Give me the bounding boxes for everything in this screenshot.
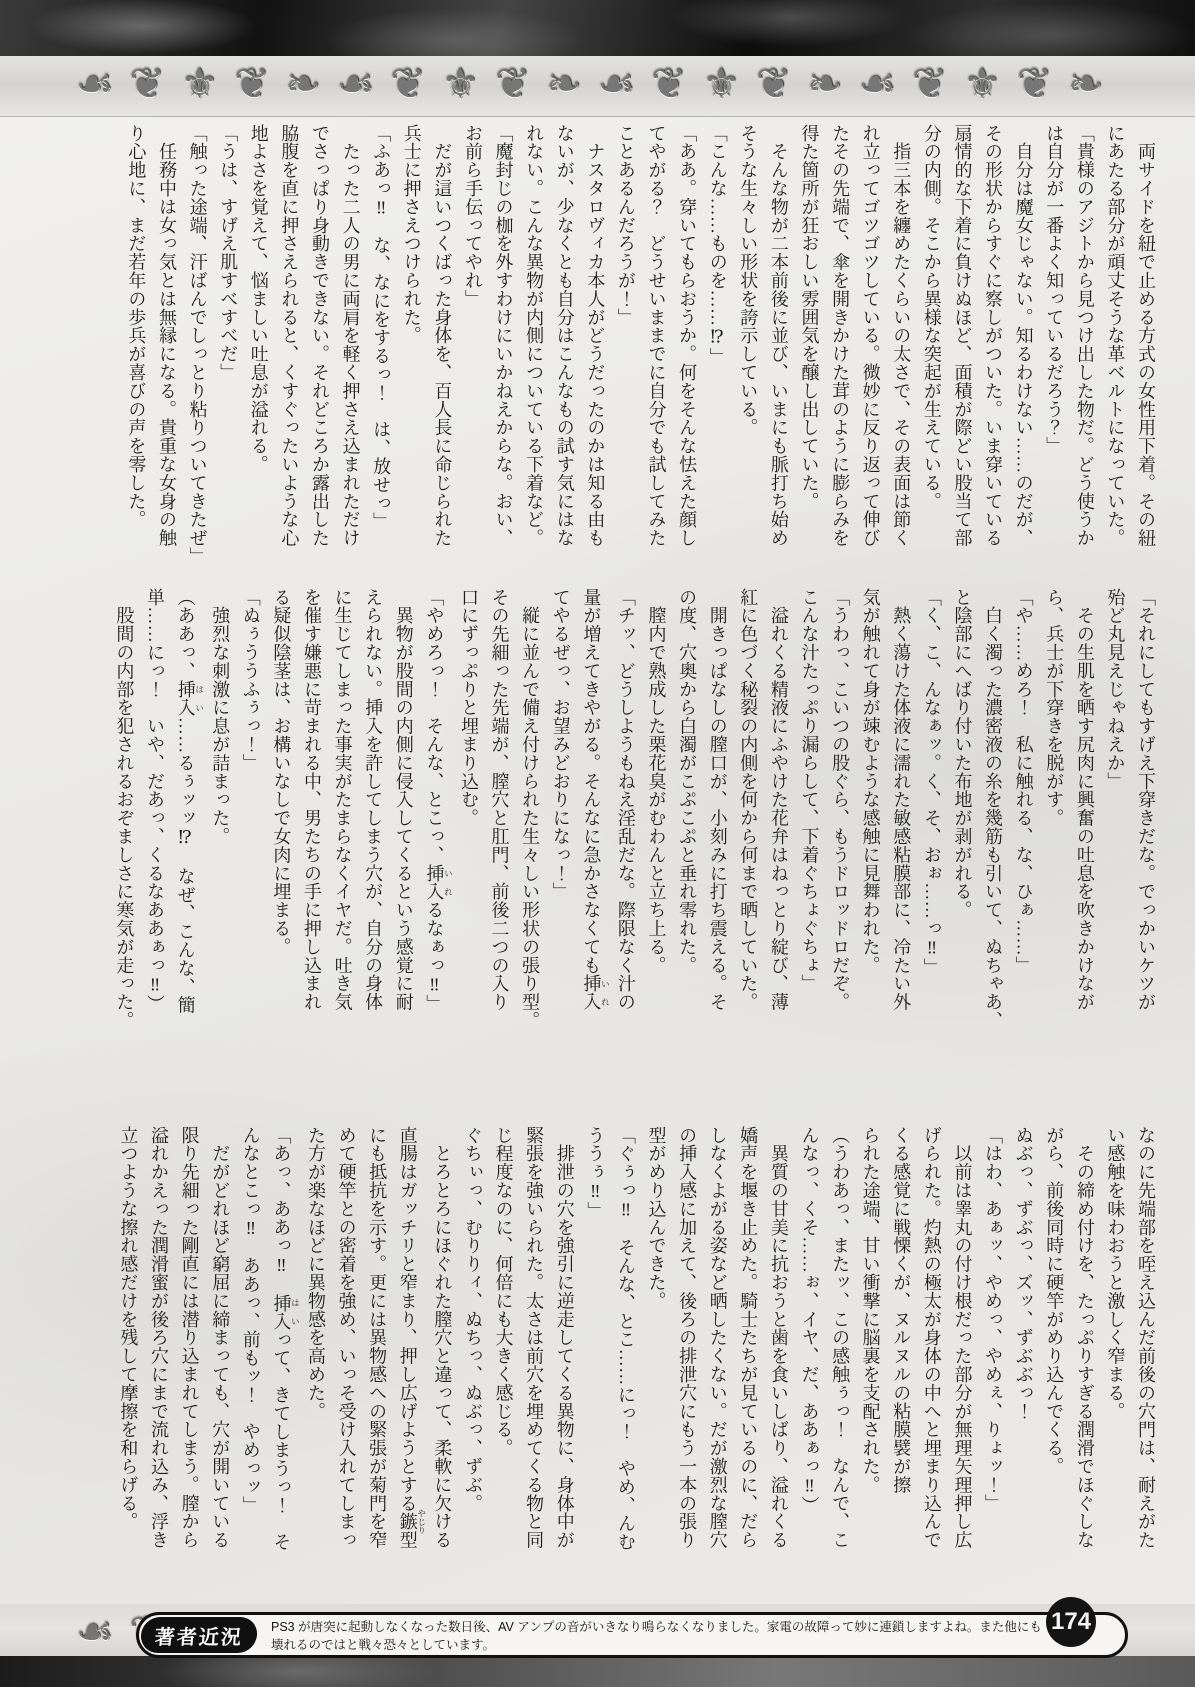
text-column: じ程度なのに、何倍にも大きく感じる。 bbox=[488, 1126, 519, 1622]
text-column: お前ら手伝ってやれ」 bbox=[457, 124, 488, 572]
text-column: 得た箇所が狂おしい雰囲気を醸し出していた。 bbox=[794, 124, 825, 572]
text-column: （ああっ、挿入はい……るぅッッ⁉ なぜ、こんな、簡 bbox=[170, 588, 205, 1102]
text-column: 「あっ、ああっ‼ 挿入はいって、きてしまうっ！ そ bbox=[266, 1126, 301, 1622]
text-column: 異物が股間の内側に侵入してくるという感覚に耐 bbox=[388, 588, 419, 1102]
text-column: だが這いつくばった身体を、百人長に命じられた bbox=[427, 124, 458, 572]
text-column: り心地に、まだ若年の歩兵が喜びの声を零した。 bbox=[121, 124, 152, 572]
text-column: 限り先細った剛直には潜り込まれてしまう。膣から bbox=[174, 1126, 205, 1622]
text-column: 兵士に押さえつけられた。 bbox=[396, 124, 427, 572]
text-column: る疑似陰茎は、お構いなしで女肉に埋まる。 bbox=[266, 588, 297, 1102]
text-column: い感触を味わおうと激しく窄まる。 bbox=[1100, 1126, 1131, 1622]
top-marble-texture bbox=[0, 0, 1195, 58]
text-column: 指三本を纏めたくらいの太さで、その表面は節く bbox=[886, 124, 917, 572]
text-column: こんな汁たっぷり漏らして、下着ぐちょぐちょ」 bbox=[794, 588, 825, 1102]
text-column: たった二人の男に両肩を軽く押さえ込まれただけ bbox=[335, 124, 366, 572]
text-column: そんな物が二本前後に並び、いまにも脈打ち始め bbox=[763, 124, 794, 572]
text-column: 「触った途端、汗ばんでしっとり粘りついてきたぜ」 bbox=[182, 124, 213, 572]
text-column: とろとろにほぐれた膣穴と違って、柔軟に欠ける bbox=[427, 1126, 458, 1622]
text-column: その先細った先端が、膣穴と肛門、前後二つの入り bbox=[484, 588, 515, 1102]
novel-page: ☙❦⚜❦❧☙❦⚜❦❧☙❦⚜❦❧☙❦⚜❦❧ 両サイドを紐で止める方式の女性用下着。… bbox=[0, 0, 1195, 1687]
text-column: 熱く蕩けた体液に濡れた敏感粘膜部に、冷たい外 bbox=[886, 588, 917, 1102]
text-column: 殆ど丸見えじゃねえか」 bbox=[1100, 588, 1131, 1102]
text-column: にあたる部分が頑丈そうな革ベルトになっていた。 bbox=[1100, 124, 1131, 572]
text-column: 「うは、すげえ肌すべすべだ」 bbox=[213, 124, 244, 572]
text-column: れない。こんな異物が内側についている下着など。 bbox=[519, 124, 550, 572]
text-column: 地よさを覚えて、悩ましい吐息が溢れる。 bbox=[243, 124, 274, 572]
text-column: 股間の内部を犯されるおぞましさに寒気が走った。 bbox=[109, 588, 140, 1102]
text-column: 任務中は女っ気とは無縁になる。貴重な女身の触 bbox=[151, 124, 182, 572]
ornament-border-top-icon: ☙❦⚜❦❧☙❦⚜❦❧☙❦⚜❦❧☙❦⚜❦❧ bbox=[0, 56, 1195, 117]
text-column: られた途端、甘い衝撃に脳裏を支配された。 bbox=[855, 1126, 886, 1622]
text-column: 扇情的な下着に負けぬほど、面積が際どい股当て部 bbox=[947, 124, 978, 572]
text-column: 溢れかえった潤滑蜜が後ろ穴にまで流れ込み、浮き bbox=[143, 1126, 174, 1622]
text-band-1: 両サイドを紐で止める方式の女性用下着。その紐にあたる部分が頑丈そうな革ベルトにな… bbox=[118, 124, 1161, 572]
text-column: 「うわっ、こいつの股ぐら、もうドロッドロだぞ。 bbox=[824, 588, 855, 1102]
text-column: だがどれほど窮屈に締まっても、穴が開いている bbox=[205, 1126, 236, 1622]
author-status-line: 壊れるのではと戦々恐々としています。 bbox=[271, 1636, 1113, 1654]
author-status-bar: 著者近況 PS3 が唐突に起動しなくなった数日後、AV アンプの音がいきなり鳴ら… bbox=[136, 1612, 1128, 1658]
text-column: 以前は睾丸の付け根だった部分が無理矢理押し広 bbox=[947, 1126, 978, 1622]
text-column: そうな生々しい形状を誇示している。 bbox=[733, 124, 764, 572]
text-column: しなくよがる姿など晒したくない。だが激烈な膣穴 bbox=[702, 1126, 733, 1622]
text-column: の挿入感に加えて、後ろの排泄穴にもう一本の張り bbox=[672, 1126, 703, 1622]
text-column: 直腸はガッチリと窄まり、押し広げようとする鏃やじり型 bbox=[392, 1126, 427, 1622]
text-column: ナスタロヴィカ本人がどうだったのかは知る由も bbox=[580, 124, 611, 572]
text-column: ないが、少なくとも自分はこんなもの試す気にはな bbox=[549, 124, 580, 572]
text-column: の度、穴奥から白濁がこぷこぷと垂れ零れた。 bbox=[672, 588, 703, 1102]
text-column: を催す嫌悪に苛まれる中、男たちの手に押し込まれ bbox=[296, 588, 327, 1102]
text-column: 緊張を強いられた。太さは前穴を埋めてくる物と同 bbox=[519, 1126, 550, 1622]
text-column: その生肌を晒す尻肉に興奮の吐息を吹きかけなが bbox=[1069, 588, 1100, 1102]
text-column: なのに先端部を咥え込んだ前後の穴門は、耐えがた bbox=[1130, 1126, 1161, 1622]
text-column: その形状からすぐに察しがついた。いま穿いている bbox=[977, 124, 1008, 572]
text-column: めて硬竿との密着を強め、いっそ受け入れてしまっ bbox=[331, 1126, 362, 1622]
text-column: 「やめろっ！ そんな、とこっ、挿入いれるなぁっ‼」 bbox=[419, 588, 454, 1102]
text-column: ぬぶっ、ずぶっ、ズッ、ずぶぶっ！ bbox=[1008, 1126, 1039, 1622]
text-column: 口にずっぷりと埋まり込む。 bbox=[453, 588, 484, 1102]
author-status-line: PS3 が唐突に起動しなくなった数日後、AV アンプの音がいきなり鳴らなくなりま… bbox=[271, 1618, 1113, 1636]
text-column: 溢れくる精液にふやけた花弁はねっとり綻び、薄 bbox=[763, 588, 794, 1102]
text-column: 自分は魔女じゃない。知るわけない……のだが、 bbox=[1008, 124, 1039, 572]
text-column: 両サイドを紐で止める方式の女性用下着。その紐 bbox=[1130, 124, 1161, 572]
text-column: 縦に並んで備え付けられた生々しい形状の張り型。 bbox=[515, 588, 546, 1102]
author-status-label: 著者近況 bbox=[140, 1617, 259, 1653]
text-column: 「や……めろ！ 私に触れる、な、ひぁ……」 bbox=[1008, 588, 1039, 1102]
text-column: 「こんな……ものを……⁉」 bbox=[702, 124, 733, 572]
text-column: 「チッ、どうしようもねえ淫乱だな。際限なく汁の bbox=[610, 588, 641, 1102]
text-column: 気が触れて身が竦むような感触に見舞われた。 bbox=[855, 588, 886, 1102]
text-column: 「ああ。穿いてもらおうか。何をそんな怯えた顔し bbox=[672, 124, 703, 572]
text-band-2: 「それにしてもすげえ下穿きだな。でっかいケツが殆ど丸見えじゃねえか」 その生肌を… bbox=[118, 588, 1161, 1102]
text-column: と陰部にへばり付いた布地が剥がれる。 bbox=[947, 588, 978, 1102]
page-number-badge: 174 bbox=[1046, 1597, 1096, 1647]
author-status-text: PS3 が唐突に起動しなくなった数日後、AV アンプの音がいきなり鳴らなくなりま… bbox=[259, 1615, 1125, 1655]
text-column: げられた。灼熱の極太が身体の中へと埋まり込んで bbox=[916, 1126, 947, 1622]
text-column: 「魔封じの枷を外すわけにいかねえからな。おい、 bbox=[488, 124, 519, 572]
text-column: ら、兵士が下穿きを脱がす。 bbox=[1039, 588, 1070, 1102]
text-column: ううぅ‼」 bbox=[580, 1126, 611, 1622]
text-column: 量が増えてきやがる。そんなに急かさなくても挿入いれ bbox=[576, 588, 611, 1102]
text-column: た方が楽なほどに異物感を高めた。 bbox=[300, 1126, 331, 1622]
text-column: 嬌声を堰き止めた。騎士たちが見ているのに、だら bbox=[733, 1126, 764, 1622]
text-column: 「ぬぅううふぅっ！」 bbox=[235, 588, 266, 1102]
text-column: 脇腹を直に押さえられると、くすぐったいような心 bbox=[274, 124, 305, 572]
text-column: その締め付けを、たっぷりすぎる潤滑でほぐしな bbox=[1069, 1126, 1100, 1622]
text-column: たその先端で、傘を開きかけた茸のように膨らみを bbox=[824, 124, 855, 572]
text-column: 排泄の穴を強引に逆走してくる異物に、身体中が bbox=[549, 1126, 580, 1622]
text-column: てやがる？ どうせいままでに自分でも試してみた bbox=[641, 124, 672, 572]
text-column: にも抵抗を示す。更には異物感への緊張が菊門を窄 bbox=[362, 1126, 393, 1622]
text-column: んなとこっ‼ ああっ、前もッ！ やめっッ」 bbox=[235, 1126, 266, 1622]
text-column: ことあるんだろうが！」 bbox=[610, 124, 641, 572]
bottom-marble-texture bbox=[0, 1656, 1195, 1687]
text-column: れ立ってゴツゴツしている。微妙に反り返って伸び bbox=[855, 124, 886, 572]
text-column: 異質の甘美に抗おうと歯を食いしばり、溢れくる bbox=[763, 1126, 794, 1622]
text-column: てやるぜっ、お望みどおりになっ！」 bbox=[545, 588, 576, 1102]
text-column: 「貴様のアジトから見つけ出した物だ。どう使うか bbox=[1069, 124, 1100, 572]
text-column: えられない。挿入を許してしまう穴が、自分の身体 bbox=[358, 588, 389, 1102]
text-column: に生じてしまった事実がたまらなくイヤだ。吐き気 bbox=[327, 588, 358, 1102]
text-column: 「ぐぅっ‼ そんな、とこ……にっ！ やめ、んむ bbox=[610, 1126, 641, 1622]
text-column: 強烈な刺激に息が詰まった。 bbox=[205, 588, 236, 1102]
text-column: でさっぱり身動きできない。それどころか露出した bbox=[304, 124, 335, 572]
text-column: ぐちぃっ、むりりィ、ぬちっ、ぬぶっ、ずぶ。 bbox=[457, 1126, 488, 1622]
text-column: 「ふあっ‼ な、なにをするっ！ は、放せっ」 bbox=[366, 124, 397, 572]
text-column: んなっ、くそ……ぉ、イヤ、だ、ああぁっ‼） bbox=[794, 1126, 825, 1622]
text-column: 開きっぱなしの膣口が、小刻みに打ち震える。そ bbox=[702, 588, 733, 1102]
text-column: （うわあっ、またッ、この感触ぅっ！ なんで、こ bbox=[824, 1126, 855, 1622]
text-column: 単……にっ！ いや、だあっ、くるなああぁっ‼） bbox=[139, 588, 170, 1102]
text-column: 「く、こ、んなぁッ。く、そ、おぉ……っ‼」 bbox=[916, 588, 947, 1102]
text-column: くる感覚に戦慄くが、ヌルヌルの粘膜襞が擦 bbox=[886, 1126, 917, 1622]
text-column: 膣内で熟成した栗花臭がむわんと立ち上る。 bbox=[641, 588, 672, 1102]
text-column: 型がめり込んできた。 bbox=[641, 1126, 672, 1622]
text-column: 立つような擦れ感だけを残して摩擦を和らげる。 bbox=[113, 1126, 144, 1622]
text-column: 白く濁った濃密液の糸を幾筋も引いて、ぬちゃあ、 bbox=[977, 588, 1008, 1102]
text-column: 「はわ、あぁッ、やめっ、やめぇ、りょッ！」 bbox=[977, 1126, 1008, 1622]
text-column: 分の内側。そこから異様な突起が生えている。 bbox=[916, 124, 947, 572]
text-column: 「それにしてもすげえ下穿きだな。でっかいケツが bbox=[1130, 588, 1161, 1102]
text-column: がら、前後同時に硬竿がめり込んでくる。 bbox=[1039, 1126, 1070, 1622]
text-column: 紅に色づく秘裂の内側を何から何まで晒していた。 bbox=[733, 588, 764, 1102]
text-column: は自分が一番よく知っているだろう？」 bbox=[1039, 124, 1070, 572]
text-band-3: なのに先端部を咥え込んだ前後の穴門は、耐えがたい感触を味わおうと激しく窄まる。 … bbox=[118, 1126, 1161, 1622]
